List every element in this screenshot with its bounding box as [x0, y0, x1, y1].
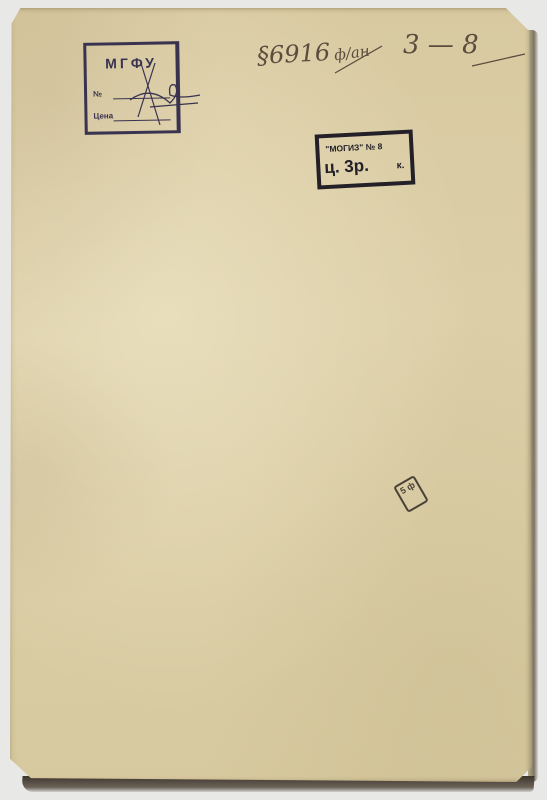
mogiz-stamp-price: ц. 3р. — [324, 156, 369, 178]
mogiz-stamp: "МОГИЗ" № 8 ц. 3р. к. — [315, 129, 416, 189]
mgfu-price-label: Цена — [93, 111, 113, 120]
mgfu-number-label: № — [93, 90, 102, 99]
pencil-price: 3 — 8 — [403, 30, 479, 60]
mogiz-stamp-name: "МОГИЗ" № 8 — [325, 141, 382, 154]
pencil-price-underline — [470, 50, 530, 70]
pencil-catalog-number: §6916 — [256, 38, 330, 70]
pencil-cross-mark — [120, 55, 210, 135]
pencil-underline-stroke — [330, 38, 390, 78]
mogiz-stamp-kopecks: к. — [396, 160, 404, 171]
